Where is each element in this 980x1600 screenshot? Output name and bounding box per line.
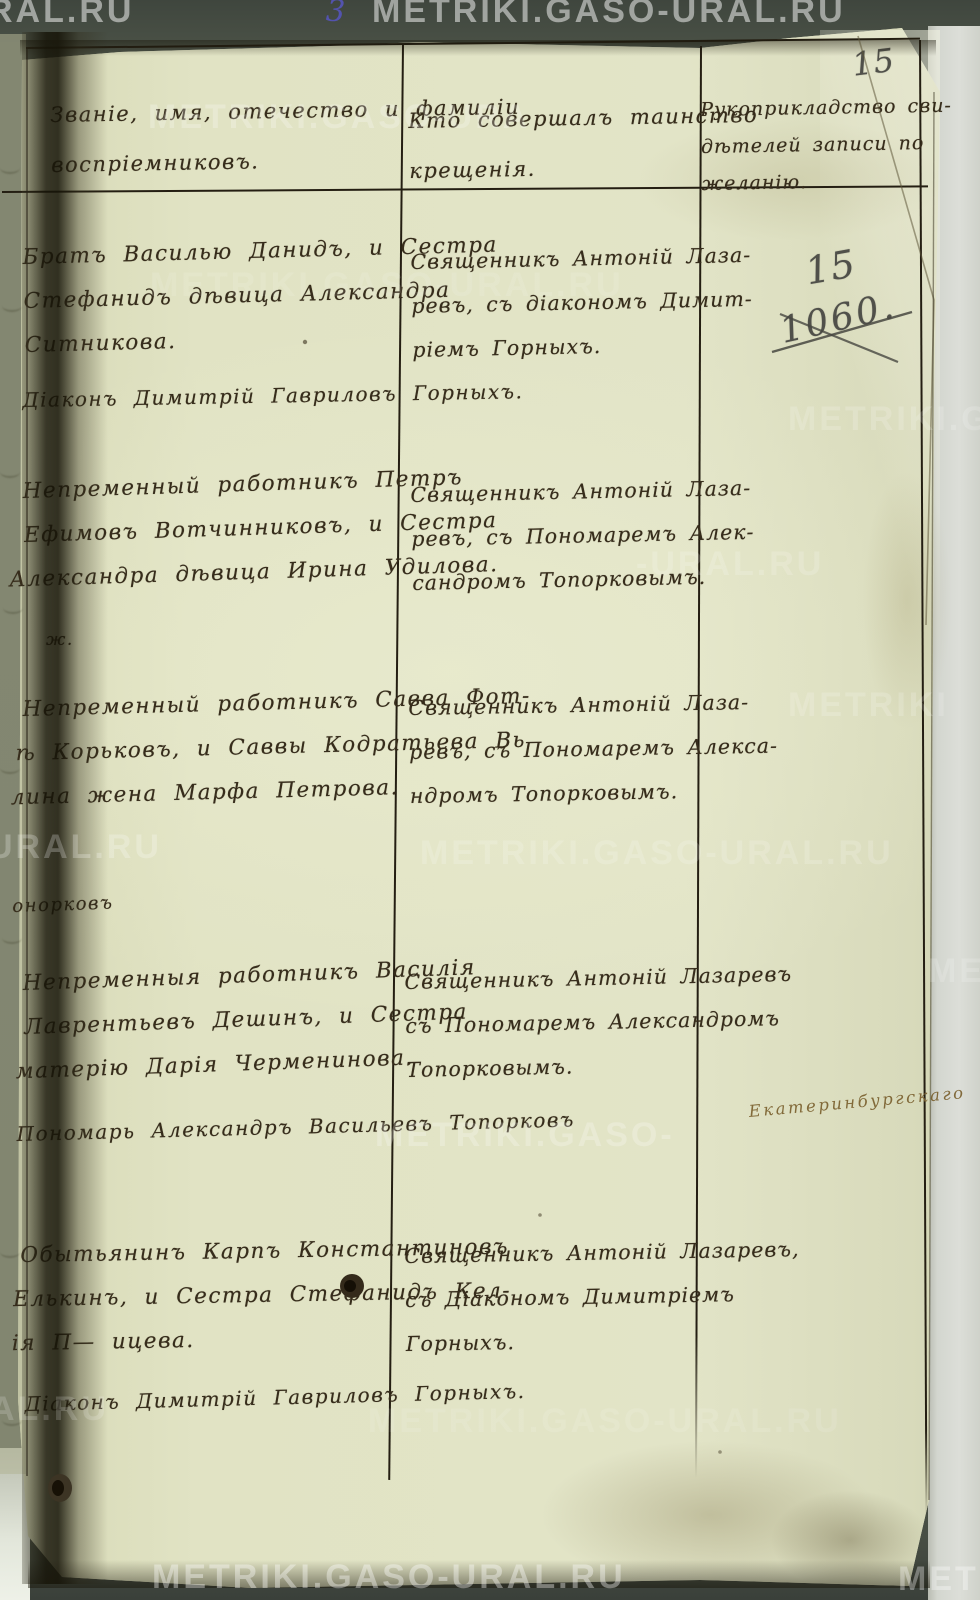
entry-number-pencil: 15 (802, 241, 859, 293)
entry-1-clergy: Священникъ Антоній Лаза- ревъ, съ діакон… (410, 233, 754, 372)
header-line: дѣтелей записи по (701, 125, 953, 166)
text-line: ндромъ Топорковымъ. (410, 768, 780, 818)
entry-4-clergy: Священникъ Антоній Лазаревъ съ Пономарем… (404, 952, 794, 1092)
text-line: Топорковымъ. (406, 1040, 794, 1092)
header-col3-signatures: Рукоприкладство сви- дѣтелей записи по ж… (700, 88, 953, 203)
text-line: 15 (802, 241, 859, 293)
text-line: сандромъ Топорковымъ. (412, 554, 756, 605)
watermark: RAL.RU (0, 0, 134, 31)
blue-edge-mark: 3 (325, 0, 346, 29)
text-line: съ Діакономъ Димитріемъ (405, 1271, 801, 1322)
bleed-through-mark (2, 300, 22, 312)
paper-bottom-edge-shadow (28, 1560, 930, 1588)
text-line: Священникъ Антоній Лаза- (410, 233, 752, 284)
entry-2-clergy: Священникъ Антоній Лаза- ревъ, съ Понома… (410, 466, 756, 605)
watermark: METRIKI.GASO-URAL.RU (372, 0, 846, 31)
text-line: Священникъ Антоній Лазаревъ, (404, 1227, 800, 1278)
entry-5-clergy: Священникъ Антоній Лазаревъ, съ Діаконом… (404, 1227, 801, 1366)
text-line: съ Пономаремъ Александромъ (405, 996, 793, 1048)
bleed-through-mark (0, 1246, 20, 1258)
header-line: Рукоприкладство сви- (700, 88, 952, 129)
text-line: Священникъ Антоній Лаза- (408, 680, 778, 730)
bleed-through-mark (0, 466, 20, 478)
metric-book-scan: Званіе, имя, отечество и фамиліи воспріе… (0, 0, 980, 1600)
entry-3-clergy: Священникъ Антоній Лаза- ревъ, съ Понома… (408, 680, 779, 818)
header-line: желанію. (701, 162, 953, 203)
paper-top-edge-shadow (20, 40, 936, 56)
text-line: 3 (325, 0, 346, 29)
watermark-text: METRIKI.GASO-URAL.RU (372, 0, 846, 30)
text-line: ревъ, съ діакономъ Димит- (411, 277, 753, 328)
text-line: Священникъ Антоній Лаза- (410, 466, 754, 517)
bleed-through-mark (3, 602, 23, 614)
bleed-through-mark (0, 162, 20, 174)
text-line: ревъ, съ Пономаремъ Алекса- (409, 724, 779, 774)
text-line: ревъ, съ Пономаремъ Алек- (411, 510, 755, 561)
text-line: Горныхъ. (406, 1315, 802, 1366)
bleed-through-mark (2, 1414, 22, 1426)
watermark-text: RAL.RU (0, 0, 134, 30)
binding-shadow (22, 32, 108, 1584)
text-line: ріемъ Горныхъ. (412, 321, 754, 372)
bleed-through-mark (0, 762, 20, 774)
bleed-through-mark (2, 932, 22, 944)
